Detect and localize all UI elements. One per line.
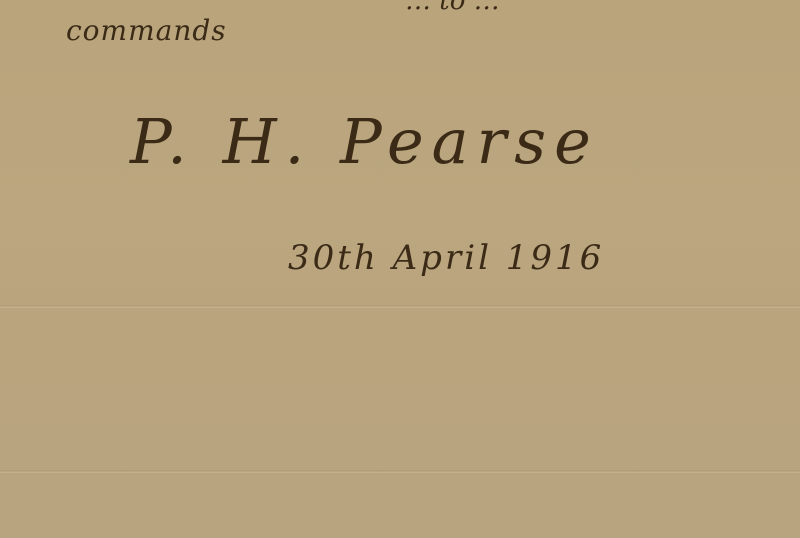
document-page: … to … commands P. H. Pearse 30th April …	[0, 0, 800, 538]
text-fragment-top: … to …	[405, 0, 500, 16]
date-line: 30th April 1916	[288, 238, 604, 278]
paper-fold-line	[0, 305, 800, 308]
signature: P. H. Pearse	[130, 105, 599, 178]
text-line-commands: commands	[66, 14, 227, 47]
paper-fold-line	[0, 470, 800, 473]
